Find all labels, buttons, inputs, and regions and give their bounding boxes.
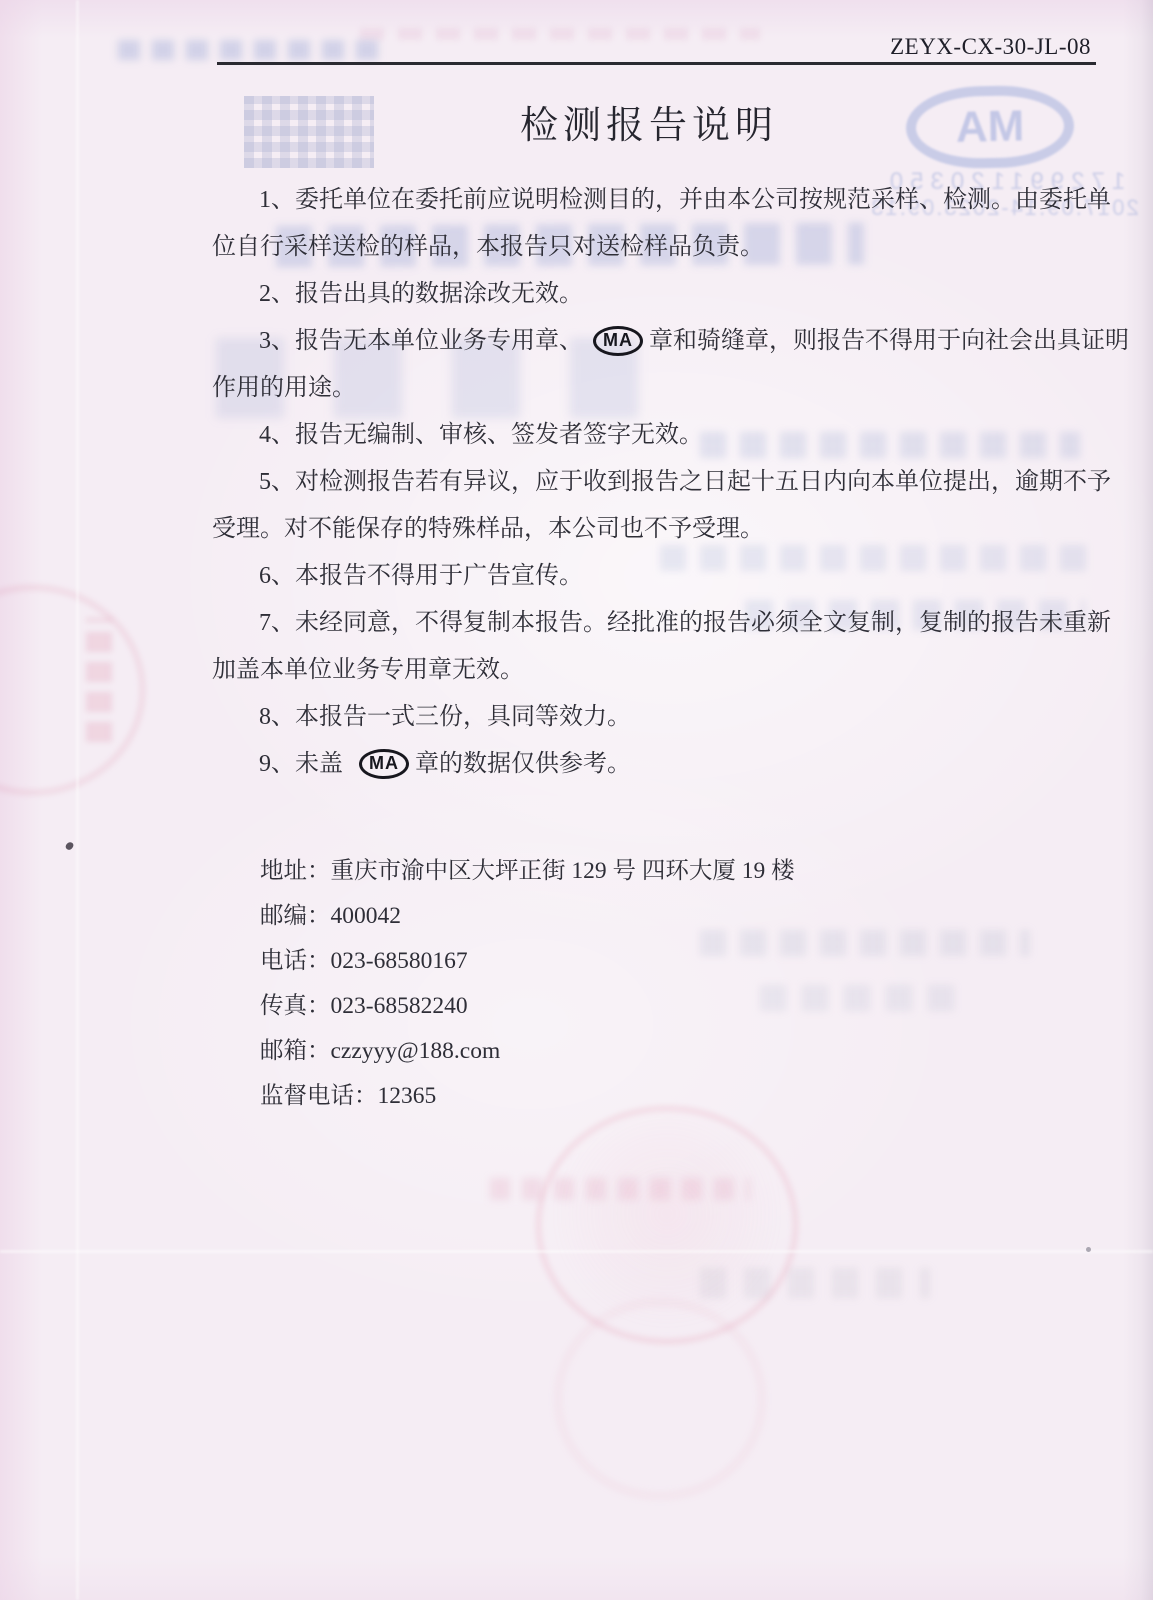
bleedthrough-smudge bbox=[490, 1178, 750, 1200]
note-text: 9、未盖 bbox=[259, 751, 349, 777]
note-line: 位自行采样送检的样品，本报告只对送检样品负责。 bbox=[212, 224, 1084, 271]
note-text: 5、对检测报告若有异议，应于收到报告之日起十五日内向本单位提出，逾期不予 bbox=[259, 469, 1111, 495]
cma-mark-icon: MA bbox=[359, 749, 409, 779]
contact-line: 传真：023-68582240 bbox=[260, 984, 795, 1029]
contact-value: 12365 bbox=[378, 1083, 437, 1109]
contact-line: 邮编：400042 bbox=[260, 894, 795, 939]
note-line: 4、报告无编制、审核、签发者签字无效。 bbox=[212, 412, 1084, 459]
note-text: 7、未经同意，不得复制本报告。经批准的报告必须全文复制，复制的报告未重新 bbox=[259, 610, 1111, 636]
note-text: 作用的用途。 bbox=[212, 375, 356, 401]
note-text: 1、委托单位在委托前应说明检测目的，并由本公司按规范采样、检测。由委托单 bbox=[259, 187, 1111, 213]
contact-line: 电话：023-68580167 bbox=[260, 939, 795, 984]
bleedthrough-smudge bbox=[118, 40, 383, 60]
note-line: 6、本报告不得用于广告宣传。 bbox=[212, 553, 1084, 600]
note-line: 1、委托单位在委托前应说明检测目的，并由本公司按规范采样、检测。由委托单 bbox=[212, 177, 1084, 224]
doc-code: ZEYX-CX-30-JL-08 bbox=[890, 34, 1091, 60]
note-line: 2、报告出具的数据涂改无效。 bbox=[212, 271, 1084, 318]
contact-value: 023-68582240 bbox=[331, 993, 468, 1019]
note-line: 受理。对不能保存的特殊样品，本公司也不予受理。 bbox=[212, 506, 1084, 553]
note-text: 2、报告出具的数据涂改无效。 bbox=[259, 281, 583, 307]
notes-list: 1、委托单位在委托前应说明检测目的，并由本公司按规范采样、检测。由委托单位自行采… bbox=[212, 177, 1084, 788]
contact-label: 地址： bbox=[260, 858, 331, 884]
contact-label: 监督电话： bbox=[260, 1083, 378, 1109]
note-text: 章和骑缝章，则报告不得用于向社会出具证明 bbox=[649, 328, 1129, 354]
scanned-report-page: { "page": { "doc_code": "ZEYX-CX-30-JL-0… bbox=[0, 0, 1153, 1600]
header-rule bbox=[217, 62, 1096, 65]
ink-speck bbox=[65, 841, 75, 851]
note-text: 章的数据仅供参考。 bbox=[415, 751, 631, 777]
contact-value: 400042 bbox=[331, 903, 402, 929]
bleedthrough-smudge bbox=[360, 28, 760, 40]
contact-line: 地址：重庆市渝中区大坪正街 129 号 四环大厦 19 楼 bbox=[260, 849, 795, 894]
note-line: 9、未盖 MA章的数据仅供参考。 bbox=[212, 741, 1084, 788]
paper-crease-vertical bbox=[76, 0, 79, 1600]
note-text: 4、报告无编制、审核、签发者签字无效。 bbox=[259, 422, 703, 448]
ink-speck bbox=[1086, 1247, 1091, 1252]
note-line: 3、报告无本单位业务专用章、MA章和骑缝章，则报告不得用于向社会出具证明 bbox=[212, 318, 1084, 365]
bleedthrough-cma-logo: MA bbox=[905, 85, 1074, 170]
page-title: 检测报告说明 bbox=[520, 94, 778, 149]
note-text: 3、报告无本单位业务专用章、 bbox=[259, 328, 583, 354]
note-line: 加盖本单位业务专用章无效。 bbox=[212, 647, 1084, 694]
note-line: 作用的用途。 bbox=[212, 365, 1084, 412]
contact-label: 邮编： bbox=[260, 903, 331, 929]
note-text: 位自行采样送检的样品，本报告只对送检样品负责。 bbox=[212, 234, 764, 260]
contact-value: 重庆市渝中区大坪正街 129 号 四环大厦 19 楼 bbox=[331, 858, 795, 884]
contact-value: 023-68580167 bbox=[331, 948, 468, 974]
note-text: 受理。对不能保存的特殊样品，本公司也不予受理。 bbox=[212, 516, 764, 542]
bleedthrough-smudge bbox=[700, 1268, 930, 1298]
paper-crease-horizontal bbox=[0, 1250, 1153, 1253]
contact-label: 传真： bbox=[260, 993, 331, 1019]
cma-logo-letters: MA bbox=[955, 101, 1024, 152]
contact-value: czzyyy@188.com bbox=[331, 1038, 501, 1064]
bleedthrough-red-stamp-left-text bbox=[86, 618, 112, 742]
contact-list: 地址：重庆市渝中区大坪正街 129 号 四环大厦 19 楼邮编：400042电话… bbox=[260, 849, 795, 1119]
bleedthrough-qr-blob bbox=[244, 96, 374, 168]
contact-line: 监督电话：12365 bbox=[260, 1074, 795, 1119]
note-text: 8、本报告一式三份，具同等效力。 bbox=[259, 704, 631, 730]
contact-label: 电话： bbox=[260, 948, 331, 974]
note-text: 加盖本单位业务专用章无效。 bbox=[212, 657, 524, 683]
note-line: 5、对检测报告若有异议，应于收到报告之日起十五日内向本单位提出，逾期不予 bbox=[212, 459, 1084, 506]
bleedthrough-red-stamp-left bbox=[0, 585, 145, 795]
cma-mark-icon: MA bbox=[593, 326, 643, 356]
contact-line: 邮箱：czzyyy@188.com bbox=[260, 1029, 795, 1074]
note-line: 8、本报告一式三份，具同等效力。 bbox=[212, 694, 1084, 741]
note-line: 7、未经同意，不得复制本报告。经批准的报告必须全文复制，复制的报告未重新 bbox=[212, 600, 1084, 647]
bleedthrough-red-stamp-bottom-partial bbox=[556, 1300, 764, 1498]
note-text: 6、本报告不得用于广告宣传。 bbox=[259, 563, 583, 589]
contact-label: 邮箱： bbox=[260, 1038, 331, 1064]
bleedthrough-red-stamp-bottom bbox=[536, 1106, 798, 1344]
